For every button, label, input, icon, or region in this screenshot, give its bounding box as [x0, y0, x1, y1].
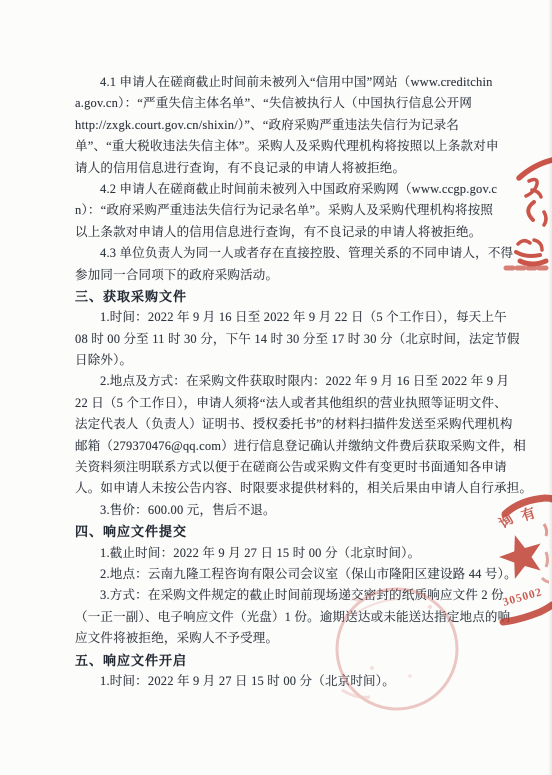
text-line: 2.地点：云南九隆工程咨询有限公司会议室（保山市隆阳区建设路 44 号）。: [75, 564, 505, 585]
text-line: 以上条款对申请人的信用信息进行查询，有不良记录的申请人将被拒绝。: [75, 222, 505, 243]
section-heading-5: 五、响应文件开启: [75, 650, 505, 671]
text-line: 22 日（5 个工作日），申请人须将“法人或者其他组织的营业执照等证明文件、: [75, 393, 505, 414]
text-line: 4.3 单位负责人为同一人或者存在直接控股、管理关系的不同申请人，不得: [75, 243, 505, 264]
section-heading-3: 三、获取采购文件: [75, 286, 505, 307]
text-line: 法定代表人（负责人）证明书、授权委托书”的材料扫描件发送至采购代理机构: [75, 414, 505, 435]
page-edge-shadow: [548, 0, 552, 775]
seal-character: 有: [519, 504, 538, 524]
scanned-document-page: 4.1 申请人在磋商截止时间前未被列入“信用中国”网站（www.creditch…: [0, 0, 552, 775]
text-line: a.gov.cn）：“严重失信主体名单”、“失信被执行人（中国执行信息公开网: [75, 93, 505, 114]
text-line: 请人的信用信息进行查询，有不良记录的申请人将被拒绝。: [75, 158, 505, 179]
text-line: http://zxgk.court.gov.cn/shixin/）”、“政府采购…: [75, 115, 505, 136]
text-line: 人。如申请人未按公告内容、时限要求提供材料的，相关后果由申请人自行承担。: [75, 478, 505, 499]
text-line: 日除外）。: [75, 350, 505, 371]
text-line: n）：“政府采购严重违法失信行为记录名单”。采购人及采购代理机构将按照: [75, 200, 505, 221]
text-line: 3.方式：在采购文件规定的截止时间前现场递交密封的纸质响应文件 2 份: [75, 585, 505, 606]
text-line: 2.地点及方式：在采购文件获取时限内：2022 年 9 月 16 日至 2022…: [75, 371, 505, 392]
text-line: 3.售价：600.00 元，售后不退。: [75, 500, 505, 521]
text-line: 4.1 申请人在磋商截止时间前未被列入“信用中国”网站（www.creditch…: [75, 72, 505, 93]
text-line: （一正一副）、电子响应文件（光盘）1 份。逾期送达或未能送达指定地点的响: [75, 607, 505, 628]
text-line: 关资料须注明联系方式以便于在磋商公告或采购文件有变更时书面通知各申请: [75, 457, 505, 478]
text-line: 应文件将被拒绝，采购人不予受理。: [75, 628, 505, 649]
text-line: 1.时间：2022 年 9 月 16 日至 2022 年 9 月 22 日（5 …: [75, 307, 505, 328]
text-line: 单”、“重大税收违法失信主体”。采购人及采购代理机构将按照以上条款对申: [75, 136, 505, 157]
text-line: 邮箱（279370476@qq.com）进行信息登记确认并缴纳文件费后获取采购文…: [75, 436, 505, 457]
text-line: 1.截止时间：2022 年 9 月 27 日 15 时 00 分（北京时间）。: [75, 543, 505, 564]
text-line: 1.时间：2022 年 9 月 27 日 15 时 00 分（北京时间）。: [75, 671, 505, 692]
text-line: 4.2 申请人在磋商截止时间前未被列入中国政府采购网（www.ccgp.gov.…: [75, 179, 505, 200]
text-line: 参加同一合同项下的政府采购活动。: [75, 265, 505, 286]
section-heading-4: 四、响应文件提交: [75, 521, 505, 542]
seal-digits: 305002: [502, 586, 544, 609]
document-text-block: 4.1 申请人在磋商截止时间前未被列入“信用中国”网站（www.creditch…: [75, 72, 505, 692]
text-line: 08 时 00 分至 11 时 30 分，下午 14 时 30 分至 17 时 …: [75, 329, 505, 350]
